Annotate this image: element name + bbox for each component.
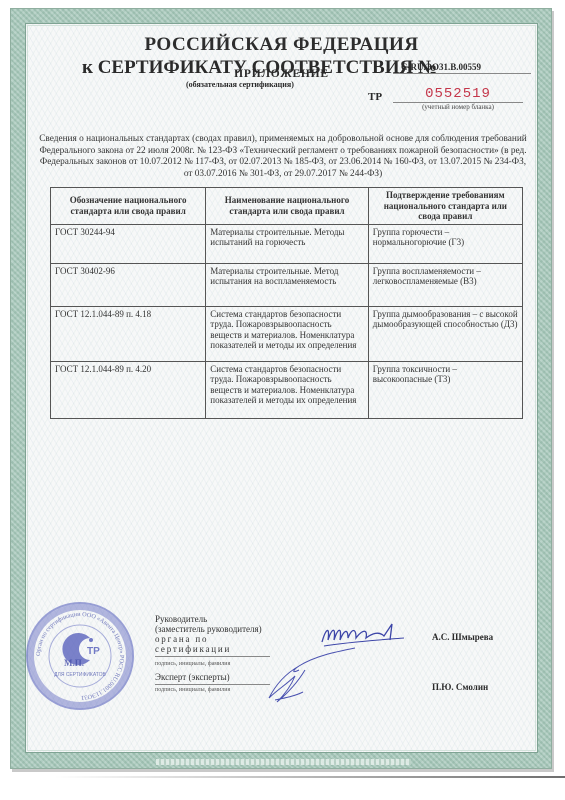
page-edge-shadow: [55, 776, 565, 778]
cell-confirmation: Группа воспламеняемости – легковоспламен…: [368, 263, 522, 306]
expert-role: Эксперт (эксперты): [155, 672, 270, 682]
expert-signature-block: Эксперт (эксперты) подпись, инициалы, фа…: [155, 672, 270, 693]
table-row: ГОСТ 30244-94 Материалы строительные. Ме…: [51, 224, 523, 263]
certificate-title-text: к СЕРТИФИКАТУ СООТВЕТСТВИЯ: [82, 57, 413, 78]
footer-microtext: [156, 759, 411, 765]
cell-designation: ГОСТ 30402-96: [51, 263, 206, 306]
expert-name: П.Ю. Смолин: [432, 682, 488, 692]
head-role-line3: органа по сертификации: [155, 634, 270, 654]
cell-name: Материалы строительные. Методы испытаний…: [206, 224, 368, 263]
cell-name: Система стандартов безопасности труда. П…: [206, 361, 368, 418]
cell-confirmation: Группа токсичности – высокоопасные (Т3): [368, 361, 522, 418]
head-role-line1: Руководитель: [155, 614, 270, 624]
cell-confirmation: Группа дымообразования – с высокой дымоо…: [368, 306, 522, 361]
cell-name: Материалы строительные. Метод испытания …: [206, 263, 368, 306]
cell-designation: ГОСТ 12.1.044-89 п. 4.20: [51, 361, 206, 418]
column-header-confirmation: Подтверждение требованиям национального …: [368, 188, 522, 225]
column-header-designation: Обозначение национального стандарта или …: [51, 188, 206, 225]
cell-designation: ГОСТ 30244-94: [51, 224, 206, 263]
head-role-line2: (заместитель руководителя): [155, 624, 270, 634]
blank-series: ТР: [368, 91, 382, 103]
blank-number: 0552519: [393, 86, 523, 103]
expert-signature-caption: подпись, инициалы, фамилия: [155, 684, 270, 693]
intro-paragraph: Сведения о национальных стандартах (свод…: [38, 134, 528, 180]
head-signature-caption: подпись, инициалы, фамилия: [155, 656, 270, 669]
certificate-number: C-RU.ЭО31.В.00559: [393, 62, 531, 74]
certification-type: (обязательная сертификация): [186, 80, 294, 89]
standards-table: Обозначение национального стандарта или …: [50, 187, 523, 419]
cell-name: Система стандартов безопасности труда. П…: [206, 306, 368, 361]
table-row: ГОСТ 30402-96 Материалы строительные. Ме…: [51, 263, 523, 306]
table-header-row: Обозначение национального стандарта или …: [51, 188, 523, 225]
expert-signature-icon: [255, 640, 365, 710]
table-row: ГОСТ 12.1.044-89 п. 4.18 Система стандар…: [51, 306, 523, 361]
certificate-title: к СЕРТИФИКАТУ СООТВЕТСТВИЯ №: [82, 57, 437, 79]
seal-center-text: ДЛЯ СЕРТИФИКАТОВ: [50, 672, 110, 678]
cell-designation: ГОСТ 12.1.044-89 п. 4.18: [51, 306, 206, 361]
head-signature-block: Руководитель (заместитель руководителя) …: [155, 614, 270, 669]
table-row: ГОСТ 12.1.044-89 п. 4.20 Система стандар…: [51, 361, 523, 418]
seal-label: М.П.: [64, 658, 84, 668]
blank-number-caption: (учетный номер бланка): [393, 103, 523, 111]
official-seal: Орган по сертификации ООО «Авента Центр»…: [26, 602, 134, 710]
svg-text:ТР: ТР: [87, 646, 100, 657]
cell-confirmation: Группа горючести – нормальногорючие (Г3): [368, 224, 522, 263]
column-header-name: Наименование национального стандарта или…: [206, 188, 368, 225]
country-title: РОССИЙСКАЯ ФЕДЕРАЦИЯ: [26, 34, 537, 56]
head-name: А.С. Шмырева: [432, 632, 493, 642]
seal-emblem-icon: Орган по сертификации ООО «Авента Центр»…: [28, 604, 132, 708]
